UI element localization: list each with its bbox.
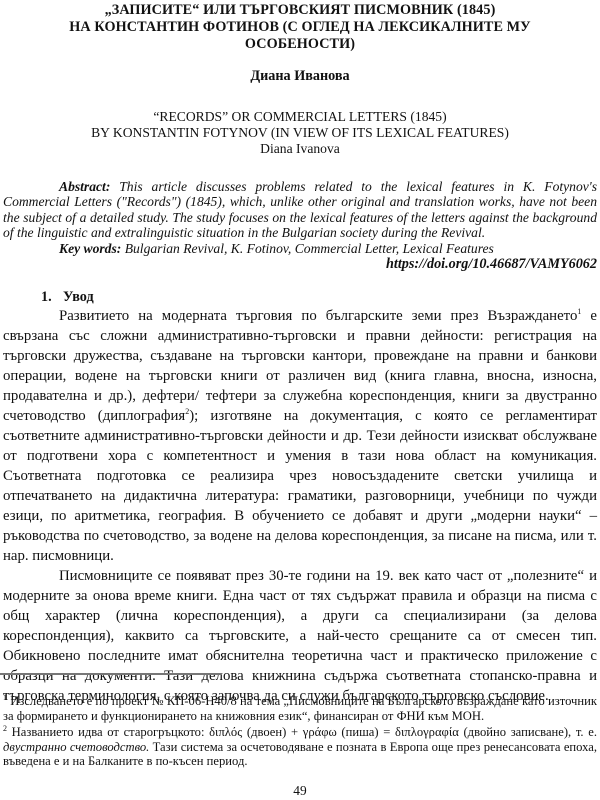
section-number: 1. [41, 288, 63, 306]
page-number: 49 [0, 783, 600, 799]
keywords-text: Bulgarian Revival, K. Fotinov, Commercia… [121, 241, 494, 256]
abstract: Abstract: This article discusses problem… [3, 179, 597, 241]
english-title-line: BY KONSTANTIN FOTYNOV (IN VIEW OF ITS LE… [3, 125, 597, 141]
doi-link[interactable]: https://doi.org/10.46687/VAMY6062 [3, 256, 597, 273]
footnote: 2 Названието идва от старогръцкото: διπλ… [3, 725, 597, 769]
abstract-label: Abstract: [59, 179, 110, 194]
keywords: Key words: Bulgarian Revival, K. Fotinov… [3, 241, 597, 256]
footnote: 1 Изследването е по проект № КП-06-Н40/8… [3, 694, 597, 723]
paragraph: Писмовниците се появяват през 30-те годи… [3, 566, 597, 706]
body-text: Развитието на модерната търговия по бълг… [3, 306, 597, 706]
title-line: НА КОНСТАНТИН ФОТИНОВ (С ОГЛЕД НА ЛЕКСИК… [3, 19, 597, 36]
title-line: ОСОБЕНОСТИ) [3, 36, 597, 53]
footnote-text: Названието идва от старогръцкото: διπλός… [7, 725, 597, 739]
paper-title: „ЗАПИСИТЕ“ ИЛИ ТЪРГОВСКИЯТ ПИСМОВНИК (18… [3, 2, 597, 53]
section-heading: 1.Увод [3, 288, 597, 306]
text-run: ); изготвяне на документация, с която се… [3, 408, 597, 564]
text-run: е свързана със сложни административно-тъ… [3, 308, 597, 424]
english-title-line: “RECORDS” OR COMMERCIAL LETTERS (1845) [3, 109, 597, 125]
author-name: Диана Иванова [3, 68, 597, 85]
title-line: „ЗАПИСИТЕ“ ИЛИ ТЪРГОВСКИЯТ ПИСМОВНИК (18… [3, 2, 597, 19]
section-title: Увод [63, 289, 94, 305]
footnote-text: Изследването е по проект № КП-06-Н40/8 н… [3, 694, 597, 723]
paper-page: „ЗАПИСИТЕ“ ИЛИ ТЪРГОВСКИЯТ ПИСМОВНИК (18… [3, 0, 597, 706]
keywords-label: Key words: [59, 241, 121, 256]
footnote-separator [0, 673, 222, 675]
paragraph: Развитието на модерната търговия по бълг… [3, 306, 597, 566]
english-title: “RECORDS” OR COMMERCIAL LETTERS (1845) B… [3, 109, 597, 141]
english-author: Diana Ivanova [3, 141, 597, 157]
footnotes: 1 Изследването е по проект № КП-06-Н40/8… [3, 694, 597, 769]
footnote-italic: двустранно счетоводство. [3, 740, 149, 754]
text-run: Развитието на модерната търговия по бълг… [59, 308, 577, 324]
